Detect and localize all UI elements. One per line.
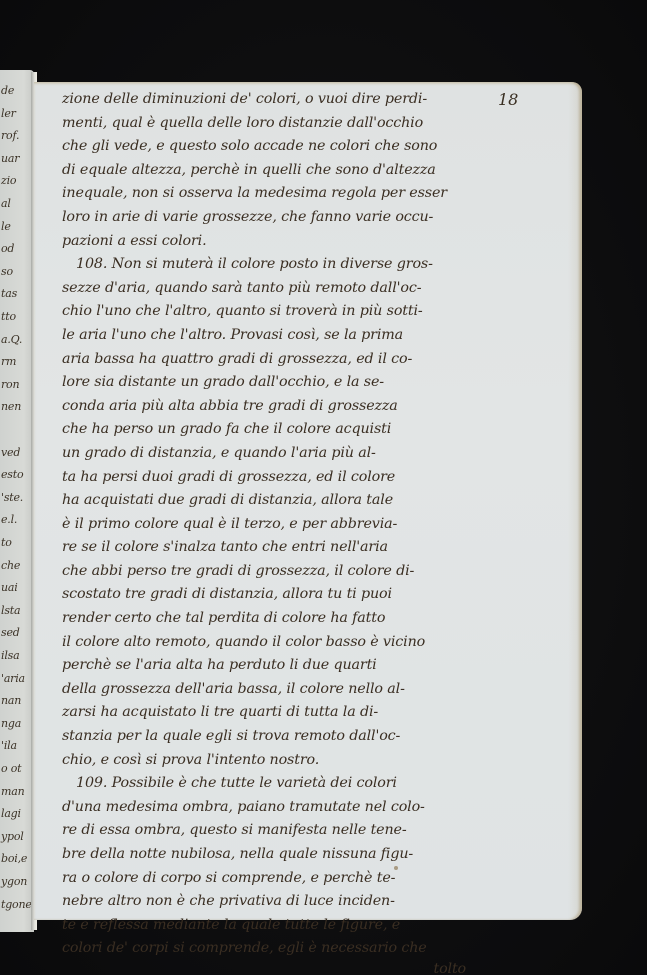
manuscript-line: menti, qual è quella delle loro distanzi… <box>62 112 472 136</box>
facing-page-text-fragment: ygon <box>1 875 27 888</box>
manuscript-line: ta ha persi duoi gradi di grossezza, ed … <box>62 466 472 490</box>
facing-page-text-fragment: lsta <box>1 604 20 617</box>
manuscript-line: è il primo colore qual è il terzo, e per… <box>62 513 472 537</box>
facing-page-text-fragment: to <box>1 536 12 549</box>
facing-page-text-fragment: nan <box>1 694 21 707</box>
facing-page-text-fragment: uai <box>1 581 18 594</box>
facing-page-text-fragment: ved <box>1 446 20 459</box>
facing-page-text-fragment: tto <box>1 310 16 323</box>
facing-page-text-fragment: od <box>1 242 14 255</box>
page-number: 18 <box>498 90 518 109</box>
manuscript-line: re se il colore s'inalza tanto che entri… <box>62 536 472 560</box>
manuscript-line: render certo che tal perdita di colore h… <box>62 607 472 631</box>
facing-page-text-fragment: che <box>1 559 20 572</box>
manuscript-line: sezze d'aria, quando sarà tanto più remo… <box>62 277 472 301</box>
facing-page-text-fragment: man <box>1 785 24 798</box>
manuscript-line: ha acquistati due gradi di distanzia, al… <box>62 489 472 513</box>
facing-page-text-fragment: nga <box>1 717 21 730</box>
facing-page-text-fragment: e.l. <box>1 513 17 526</box>
facing-page-text-fragment: rof. <box>1 129 19 142</box>
manuscript-line: re di essa ombra, questo si manifesta ne… <box>62 819 472 843</box>
manuscript-line: pazioni a essi colori. <box>62 230 472 254</box>
catchword: tolto <box>62 961 472 975</box>
manuscript-line: conda aria più alta abbia tre gradi di g… <box>62 395 472 419</box>
paper-stain <box>394 866 398 870</box>
facing-page-text-fragment: rm <box>1 355 16 368</box>
facing-page-text-fragment: esto <box>1 468 23 481</box>
facing-page-text-fragment: ron <box>1 378 19 391</box>
manuscript-line: della grossezza dell'aria bassa, il colo… <box>62 678 472 702</box>
facing-page-text-fragment: uar <box>1 152 19 165</box>
facing-page-text-fragment: de <box>1 84 14 97</box>
facing-page-text-fragment: sed <box>1 626 20 639</box>
facing-page-text-fragment: le <box>1 220 11 233</box>
facing-page-text-fragment: lagi <box>1 807 21 820</box>
manuscript-line: 108. Non si muterà il colore posto in di… <box>62 253 472 277</box>
facing-page-text-fragment: ilsa <box>1 649 19 662</box>
facing-page-text-fragment: a.Q. <box>1 333 22 346</box>
facing-page-text-fragment: ler <box>1 107 16 120</box>
manuscript-line: di equale altezza, perchè in quelli che … <box>62 159 472 183</box>
manuscript-line: stanzia per la quale egli si trova remot… <box>62 725 472 749</box>
facing-page-text-fragment: 'ila <box>1 739 17 752</box>
manuscript-line: aria bassa ha quattro gradi di grossezza… <box>62 348 472 372</box>
manuscript-line: scostato tre gradi di distanzia, allora … <box>62 583 472 607</box>
manuscript-line: colori de' corpi si comprende, egli è ne… <box>62 937 472 961</box>
facing-page-text-fragment: 'ste. <box>1 491 23 504</box>
manuscript-line: nebre altro non è che privativa di luce … <box>62 890 472 914</box>
manuscript-text: zione delle diminuzioni de' colori, o vu… <box>62 88 472 975</box>
manuscript-line: loro in arie di varie grossezze, che fan… <box>62 206 472 230</box>
manuscript-line: le aria l'uno che l'altro. Provasi così,… <box>62 324 472 348</box>
facing-page-text-fragment: 'aria <box>1 672 25 685</box>
manuscript-line: d'una medesima ombra, paiano tramutate n… <box>62 796 472 820</box>
manuscript-line: inequale, non si osserva la medesima reg… <box>62 182 472 206</box>
manuscript-line: lore sia distante un grado dall'occhio, … <box>62 371 472 395</box>
facing-page-text-fragment: boi,e <box>1 852 27 865</box>
facing-page-text-fragment: nen <box>1 400 21 413</box>
manuscript-line: un grado di distanzia, e quando l'aria p… <box>62 442 472 466</box>
facing-page-text-fragment: zio <box>1 174 16 187</box>
manuscript-line: bre della notte nubilosa, nella quale ni… <box>62 843 472 867</box>
manuscript-line: che abbi perso tre gradi di grossezza, i… <box>62 560 472 584</box>
facing-page-text-fragment: o ot <box>1 762 21 775</box>
manuscript-line: te e reflessa mediante la quale tutte le… <box>62 914 472 938</box>
facing-page-text-fragment: ypol <box>1 830 24 843</box>
manuscript-line: zarsi ha acquistato li tre quarti di tut… <box>62 701 472 725</box>
manuscript-line: ra o colore di corpo si comprende, e per… <box>62 867 472 891</box>
manuscript-line: 109. Possibile è che tutte le varietà de… <box>62 772 472 796</box>
manuscript-page: 18 zione delle diminuzioni de' colori, o… <box>34 82 582 920</box>
manuscript-line: che ha perso un grado fa che il colore a… <box>62 418 472 442</box>
manuscript-line: che gli vede, e questo solo accade ne co… <box>62 135 472 159</box>
facing-page-text-fragment: so <box>1 265 13 278</box>
facing-page-text-fragment: tgone <box>1 898 32 911</box>
manuscript-line: perchè se l'aria alta ha perduto li due … <box>62 654 472 678</box>
facing-page-text-fragment: al <box>1 197 11 210</box>
manuscript-line: il colore alto remoto, quando il color b… <box>62 631 472 655</box>
facing-page-text-fragment: tas <box>1 287 17 300</box>
facing-page-fragment: delerrof.uarzioalleodsotasttoa.Q.rmronne… <box>0 70 34 932</box>
manuscript-line: chio, e così si prova l'intento nostro. <box>62 749 472 773</box>
manuscript-line: zione delle diminuzioni de' colori, o vu… <box>62 88 472 112</box>
manuscript-line: chio l'uno che l'altro, quanto si trover… <box>62 300 472 324</box>
